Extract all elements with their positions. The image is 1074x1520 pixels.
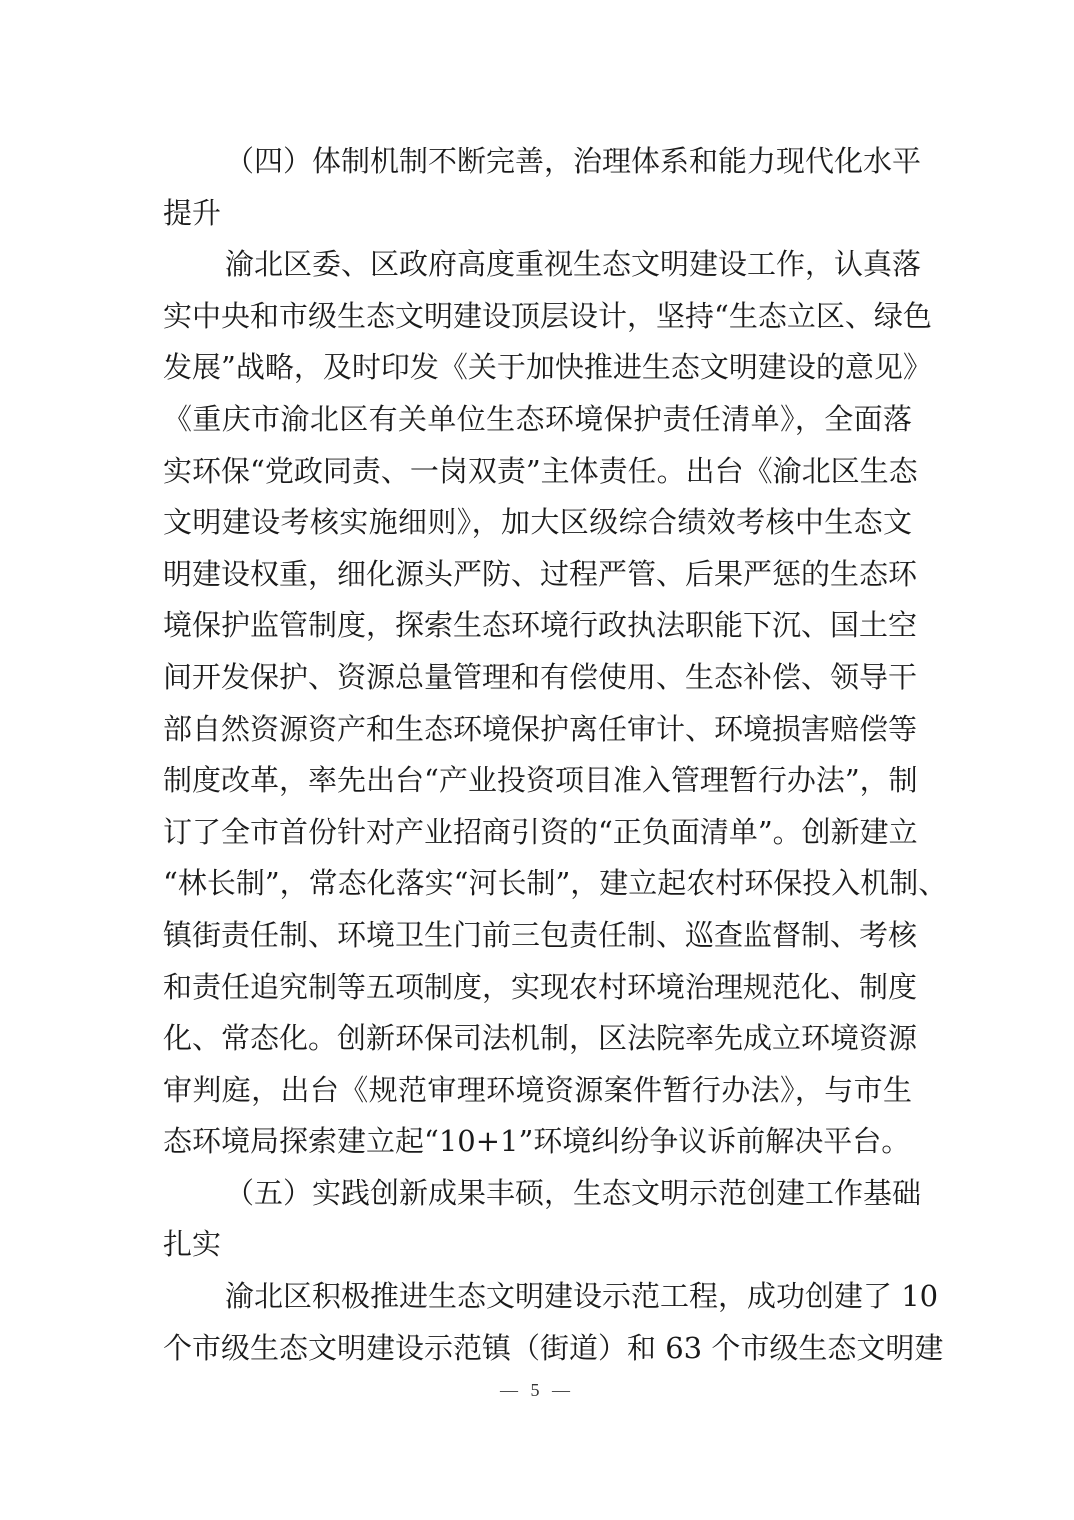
heading-line: 提升 [163,188,912,240]
paragraph-line: 渝北区委、区政府高度重视生态文明建设工作，认真落 [163,239,912,291]
paragraph-line: 实中央和市级生态文明建设顶层设计，坚持“生态立区、绿色 [163,291,912,343]
document-page: （四）体制机制不断完善，治理体系和能力现代化水平 提升 渝北区委、区政府高度重视… [0,0,1074,1520]
section-heading-4: （四）体制机制不断完善，治理体系和能力现代化水平 提升 [163,136,912,239]
body-text: （四）体制机制不断完善，治理体系和能力现代化水平 提升 渝北区委、区政府高度重视… [163,136,912,1374]
paragraph-line: 发展”战略，及时印发《关于加快推进生态文明建设的意见》 [163,342,912,394]
paragraph-line: 态环境局探索建立起“10+1”环境纠纷争议诉前解决平台。 [163,1116,912,1168]
paragraph-line: 审判庭，出台《规范审理环境资源案件暂行办法》，与市生 [163,1065,912,1117]
paragraph-line: 制度改革，率先出台“产业投资项目准入管理暂行办法”，制 [163,755,912,807]
paragraph-line: 镇街责任制、环境卫生门前三包责任制、巡查监督制、考核 [163,910,912,962]
heading-line: 扎实 [163,1219,912,1271]
paragraph-line: 文明建设考核实施细则》，加大区级综合绩效考核中生态文 [163,497,912,549]
paragraph-line: 间开发保护、资源总量管理和有偿使用、生态补偿、领导干 [163,652,912,704]
paragraph-line: 化、常态化。创新环保司法机制，区法院率先成立环境资源 [163,1013,912,1065]
paragraph-line: 部自然资源资产和生态环境保护离任审计、环境损害赔偿等 [163,704,912,756]
paragraph-demonstration: 渝北区积极推进生态文明建设示范工程，成功创建了 10 个市级生态文明建设示范镇（… [163,1271,912,1374]
heading-line: （五）实践创新成果丰硕，生态文明示范创建工作基础 [163,1168,912,1220]
paragraph-line: 个市级生态文明建设示范镇（街道）和 63 个市级生态文明建 [163,1323,912,1375]
paragraph-governance: 渝北区委、区政府高度重视生态文明建设工作，认真落 实中央和市级生态文明建设顶层设… [163,239,912,1168]
paragraph-line: 和责任追究制等五项制度，实现农村环境治理规范化、制度 [163,962,912,1014]
paragraph-line: 境保护监管制度，探索生态环境行政执法职能下沉、国土空 [163,600,912,652]
paragraph-line: 订了全市首份针对产业招商引资的“正负面清单”。创新建立 [163,807,912,859]
paragraph-line: “林长制”，常态化落实“河长制”，建立起农村环保投入机制、 [163,858,912,910]
page-number: — 5 — [0,1380,1074,1401]
section-heading-5: （五）实践创新成果丰硕，生态文明示范创建工作基础 扎实 [163,1168,912,1271]
heading-line: （四）体制机制不断完善，治理体系和能力现代化水平 [163,136,912,188]
paragraph-line: 明建设权重，细化源头严防、过程严管、后果严惩的生态环 [163,549,912,601]
paragraph-line: 《重庆市渝北区有关单位生态环境保护责任清单》，全面落 [163,394,912,446]
paragraph-line: 渝北区积极推进生态文明建设示范工程，成功创建了 10 [163,1271,912,1323]
paragraph-line: 实环保“党政同责、一岗双责”主体责任。出台《渝北区生态 [163,446,912,498]
